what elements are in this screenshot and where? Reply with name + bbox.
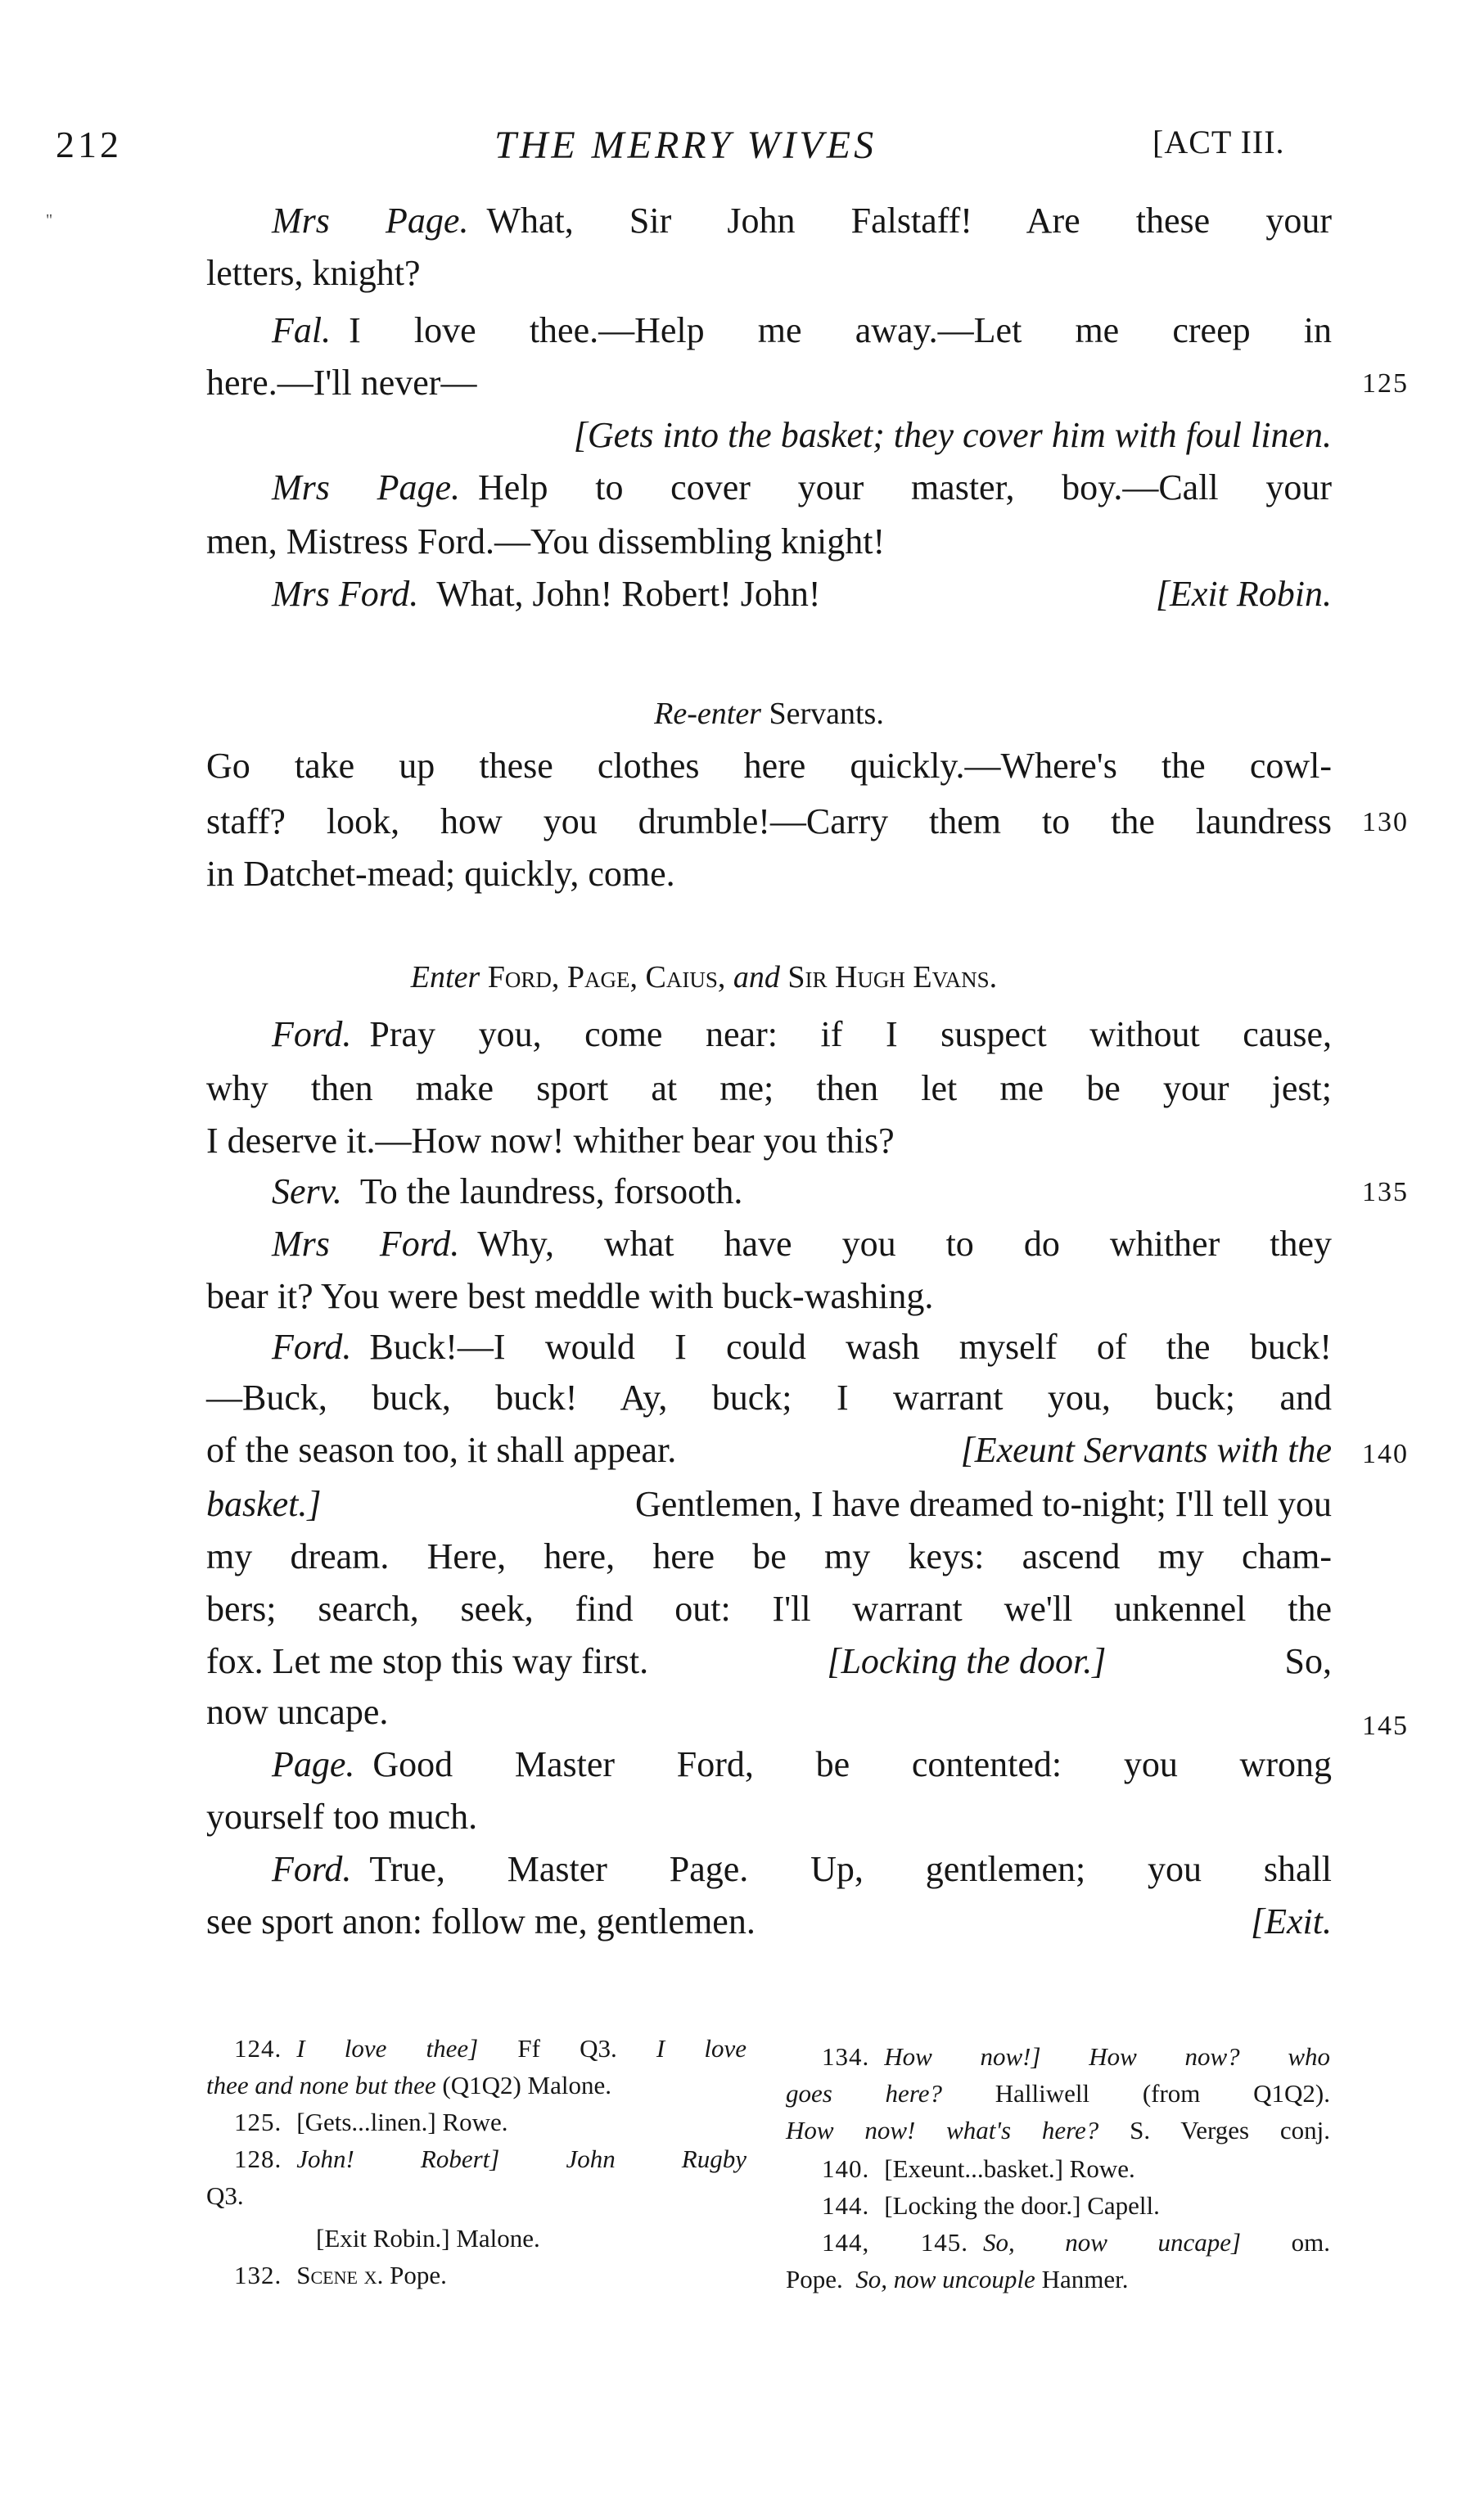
- dialogue-line: Mrs Ford.What, John! Robert! John![Exit …: [206, 568, 1332, 620]
- footnote-continuation: Pope. So, now uncouple Hanmer.: [786, 2261, 1330, 2298]
- footnote-text: Pope.: [786, 2265, 843, 2293]
- dialogue-line: Mrs Page.What, Sir John Falstaff! Are th…: [206, 195, 1332, 247]
- dialogue-text: in Datchet-mead; quickly, come.: [206, 854, 675, 894]
- dialogue-line: Fal.I love thee.—Help me away.—Let me cr…: [206, 304, 1332, 357]
- dialogue-line: I deserve it.—How now! whither bear you …: [206, 1115, 1332, 1167]
- running-title: THE MERRY WIVES: [494, 123, 877, 168]
- dialogue-text: Buck!—I would I could wash myself of the…: [369, 1327, 1332, 1367]
- dialogue-text: I love thee.—Help me away.—Let me creep …: [349, 310, 1332, 350]
- footnote-text: [Gets...linen.] Rowe.: [296, 2108, 507, 2136]
- footnote-lemma: I love thee]: [296, 2034, 478, 2063]
- stage-direction: [Exit Robin.: [1156, 568, 1332, 620]
- dialogue-line: in Datchet-mead; quickly, come.: [206, 848, 1332, 900]
- dialogue-line: —Buck, buck, buck! Ay, buck; I warrant y…: [206, 1372, 1332, 1424]
- dialogue-line: Ford.Buck!—I would I could wash myself o…: [206, 1321, 1332, 1373]
- footnote-number: 140.: [822, 2154, 869, 2183]
- footnote-text-italic: John Rugby: [566, 2144, 747, 2173]
- footnote-number: 128.: [234, 2144, 282, 2173]
- dialogue-text: my dream. Here, here, here be my keys: a…: [206, 1536, 1332, 1576]
- dialogue-text: Pray you, come near: if I suspect withou…: [369, 1014, 1332, 1054]
- page-number: 212: [56, 123, 122, 166]
- entrance-conjunction: and: [733, 960, 780, 994]
- dialogue-text: What, John! Robert! John!: [436, 574, 820, 614]
- entrance-verb: Re-enter: [654, 697, 761, 731]
- footnote-continuation: Q3.: [206, 2177, 747, 2214]
- act-label-text: [ACT III.: [1152, 124, 1285, 160]
- footnote-lemma: So, now uncape]: [983, 2228, 1241, 2257]
- footnote-text: (Q1Q2) Malone.: [442, 2071, 611, 2099]
- stage-direction: [Exeunt Servants with the: [961, 1424, 1332, 1477]
- entrance-names: Ford, Page, Caius,: [488, 960, 726, 994]
- footnote-continuation: goes here? Halliwell (from Q1Q2).: [786, 2075, 1330, 2112]
- footnote-text-italic: How now! what's here?: [786, 2116, 1098, 2144]
- entrance-direction: Re-enter Servants.: [206, 696, 1332, 732]
- line-number: 135: [1362, 1177, 1409, 1208]
- speaker-name: Fal.: [272, 310, 331, 350]
- dialogue-text: —Buck, buck, buck! Ay, buck; I warrant y…: [206, 1378, 1332, 1418]
- footnote-text: S. Verges conj.: [1130, 2116, 1330, 2144]
- line-number: 140: [1362, 1439, 1409, 1470]
- stage-direction: [Locking the door.]: [827, 1635, 1106, 1688]
- act-label: [ACT III.: [1152, 123, 1285, 161]
- footnote-text-italic: thee and none but thee: [206, 2071, 436, 2099]
- footnote-text-italic: I love: [656, 2034, 747, 2063]
- footnote-text: Pope.: [390, 2261, 447, 2289]
- speaker-name: Mrs Page.: [272, 467, 460, 507]
- dialogue-line: Serv.To the laundress, forsooth.: [206, 1166, 1332, 1218]
- dialogue-text: True, Master Page. Up, gentlemen; you sh…: [369, 1849, 1332, 1889]
- dialogue-line: why then make sport at me; then let me b…: [206, 1062, 1332, 1115]
- stage-direction: [Exit.: [1251, 1896, 1332, 1948]
- entrance-names: Sir Hugh Evans.: [787, 960, 997, 994]
- dialogue-text: fox. Let me stop this way first.: [206, 1635, 648, 1688]
- dialogue-line: fox. Let me stop this way first.[Locking…: [206, 1635, 1332, 1688]
- footnote-text: om.: [1292, 2228, 1330, 2257]
- dialogue-text-after: So,: [1285, 1635, 1332, 1688]
- dialogue-text: bear it? You were best meddle with buck-…: [206, 1276, 933, 1316]
- footnote-text: [Exeunt...basket.] Rowe.: [884, 2154, 1134, 2183]
- dialogue-text: bers; search, seek, find out: I'll warra…: [206, 1589, 1332, 1629]
- dialogue-text: of the season too, it shall appear.: [206, 1424, 676, 1477]
- line-number: 130: [1362, 807, 1409, 838]
- dialogue-text: letters, knight?: [206, 253, 421, 293]
- dialogue-text: To the laundress, forsooth.: [360, 1171, 742, 1211]
- speaker-name: Ford.: [272, 1849, 351, 1889]
- dialogue-text: Go take up these clothes here quickly.—W…: [206, 746, 1332, 786]
- dialogue-line: Mrs Page.Help to cover your master, boy.…: [206, 462, 1332, 514]
- dialogue-line: here.—I'll never—: [206, 357, 1332, 409]
- stage-direction: [Gets into the basket; they cover him wi…: [206, 409, 1332, 462]
- footnote-text: [Locking the door.] Capell.: [884, 2191, 1160, 2220]
- entrance-names: Servants.: [769, 697, 883, 731]
- dialogue-line: now uncape.: [206, 1686, 1332, 1739]
- dialogue-text: Why, what have you to do whither they: [477, 1224, 1332, 1264]
- speaker-name: Mrs Ford.: [272, 1224, 459, 1264]
- dialogue-text: men, Mistress Ford.—You dissembling knig…: [206, 521, 885, 561]
- line-number: 125: [1362, 368, 1409, 399]
- footnote-lemma: How now!]: [884, 2042, 1040, 2071]
- stage-direction: basket.]: [206, 1478, 322, 1531]
- dialogue-line: Ford.True, Master Page. Up, gentlemen; y…: [206, 1843, 1332, 1896]
- footnote: 144, 145.So, now uncape] om.: [786, 2224, 1330, 2261]
- speaker-name: Mrs Page.: [272, 201, 468, 241]
- speaker-name: Ford.: [272, 1327, 351, 1367]
- dialogue-line: yourself too much.: [206, 1791, 1332, 1843]
- dialogue-text: see sport anon: follow me, gentlemen.: [206, 1896, 756, 1948]
- dialogue-text: staff? look, how you drumble!—Carry them…: [206, 801, 1332, 841]
- speaker-name: Ford.: [272, 1014, 351, 1054]
- footnote-continuation: How now! what's here? S. Verges conj.: [786, 2112, 1330, 2149]
- speaker-name: Mrs Ford.: [272, 574, 418, 614]
- dialogue-line: my dream. Here, here, here be my keys: a…: [206, 1531, 1332, 1583]
- entrance-direction: Enter Ford, Page, Caius, and Sir Hugh Ev…: [164, 959, 1244, 995]
- footnote-number: 144.: [822, 2191, 869, 2220]
- footnote-text-italic: So, now uncouple: [855, 2265, 1035, 2293]
- footnote-continuation: thee and none but thee (Q1Q2) Malone.: [206, 2067, 747, 2104]
- footnote: 144.[Locking the door.] Capell.: [786, 2187, 1366, 2224]
- dialogue-text: why then make sport at me; then let me b…: [206, 1068, 1332, 1108]
- dialogue-line: letters, knight?: [206, 247, 1332, 300]
- dialogue-line: Ford.Pray you, come near: if I suspect w…: [206, 1008, 1332, 1061]
- dialogue-text: yourself too much.: [206, 1797, 477, 1837]
- footnote: 132.Scene x. Pope.: [206, 2257, 774, 2293]
- dialogue-line: see sport anon: follow me, gentlemen.[Ex…: [206, 1896, 1332, 1948]
- dialogue-text: now uncape.: [206, 1692, 388, 1732]
- dialogue-line: of the season too, it shall appear.[Exeu…: [206, 1424, 1332, 1477]
- footnote-text: Ff Q3.: [517, 2034, 616, 2063]
- speaker-name: Serv.: [272, 1171, 342, 1211]
- footnote: 125.[Gets...linen.] Rowe.: [206, 2104, 774, 2140]
- footnote-number: 124.: [234, 2034, 282, 2063]
- footnote-text-smallcaps: Scene x.: [296, 2261, 383, 2289]
- footnote: 128.John! Robert] John Rugby: [206, 2140, 747, 2177]
- footnote-number: 144, 145.: [822, 2228, 968, 2257]
- dialogue-text: What, Sir John Falstaff! Are these your: [486, 201, 1332, 241]
- dialogue-line: Page.Good Master Ford, be contented: you…: [206, 1739, 1332, 1791]
- dialogue-text: Good Master Ford, be contented: you wron…: [372, 1744, 1332, 1784]
- footnote-text-italic: How now? who: [1089, 2042, 1330, 2071]
- dialogue-line: Go take up these clothes here quickly.—W…: [206, 740, 1332, 792]
- dialogue-line: men, Mistress Ford.—You dissembling knig…: [206, 516, 1332, 568]
- footnote-number: 125.: [234, 2108, 282, 2136]
- dialogue-text: Gentlemen, I have dreamed to-night; I'll…: [635, 1478, 1332, 1531]
- dialogue-line: staff? look, how you drumble!—Carry them…: [206, 796, 1332, 848]
- entrance-verb: Enter: [411, 960, 480, 994]
- speaker-name: Page.: [272, 1744, 354, 1784]
- dialogue-line: bers; search, seek, find out: I'll warra…: [206, 1583, 1332, 1635]
- footnote-text: Halliwell (from Q1Q2).: [995, 2079, 1330, 2108]
- footnote: 124.I love thee] Ff Q3. I love: [206, 2030, 747, 2067]
- dialogue-line: basket.]Gentlemen, I have dreamed to-nig…: [206, 1478, 1332, 1531]
- footnote-text: Hanmer.: [1042, 2265, 1129, 2293]
- footnote: 134.How now!] How now? who: [786, 2038, 1330, 2075]
- dialogue-line: Mrs Ford.Why, what have you to do whithe…: [206, 1218, 1332, 1270]
- dialogue-line: bear it? You were best meddle with buck-…: [206, 1270, 1332, 1323]
- dialogue-text: I deserve it.—How now! whither bear you …: [206, 1121, 895, 1161]
- line-number: 145: [1362, 1711, 1409, 1742]
- footnote: 140.[Exeunt...basket.] Rowe.: [786, 2150, 1366, 2187]
- dialogue-text: Help to cover your master, boy.—Call you…: [478, 467, 1332, 507]
- margin-mark: ": [46, 211, 52, 230]
- footnote-lemma: John! Robert]: [296, 2144, 499, 2173]
- dialogue-text: here.—I'll never—: [206, 363, 476, 403]
- footnote-number: 134.: [822, 2042, 869, 2071]
- footnote-continuation: [Exit Robin.] Malone.: [206, 2220, 856, 2257]
- footnote-text-italic: goes here?: [786, 2079, 942, 2108]
- footnote-number: 132.: [234, 2261, 282, 2289]
